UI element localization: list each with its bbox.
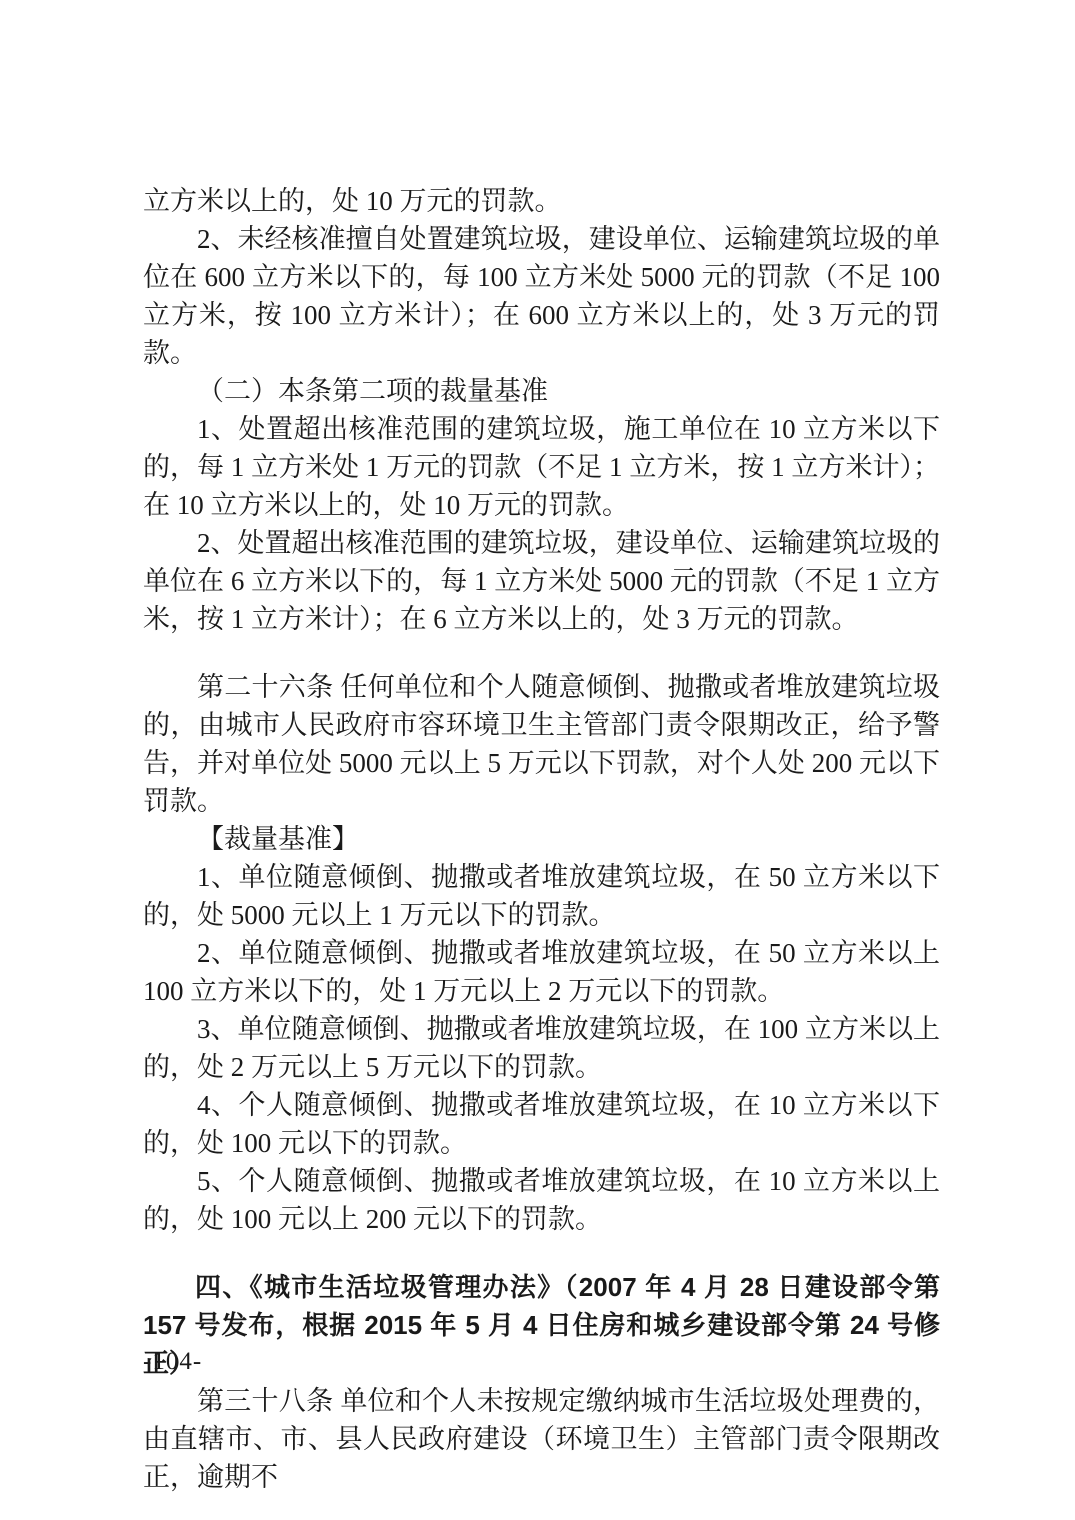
paragraph-article-38: 第三十八条 单位和个人未按规定缴纳城市生活垃圾处理费的，由直辖市、市、县人民政府… — [143, 1382, 940, 1496]
document-body: 立方米以上的，处 10 万元的罚款。 2、未经核准擅自处置建筑垃圾，建设单位、运… — [143, 182, 940, 1496]
page-number: -104- — [143, 1348, 202, 1376]
paragraph-item-3-unit-dumping: 3、单位随意倾倒、抛撒或者堆放建筑垃圾，在 100 立方米以上的，处 2 万元以… — [143, 1010, 940, 1086]
section-heading-measure-4: 四、《城市生活垃圾管理办法》（2007 年 4 月 28 日建设部令第 157 … — [143, 1268, 940, 1382]
paragraph-item-1-exceed-scope: 1、处置超出核准范围的建筑垃圾，施工单位在 10 立方米以下的，每 1 立方米处… — [143, 410, 940, 524]
paragraph-fine-continuation: 立方米以上的，处 10 万元的罚款。 — [143, 182, 940, 220]
paragraph-discretion-standard-label: 【裁量基准】 — [143, 820, 940, 858]
blank-line — [143, 638, 940, 668]
paragraph-article-26: 第二十六条 任何单位和个人随意倾倒、抛撒或者堆放建筑垃圾的，由城市人民政府市容环… — [143, 668, 940, 820]
paragraph-item-2-exceed-scope: 2、处置超出核准范围的建筑垃圾，建设单位、运输建筑垃圾的单位在 6 立方米以下的… — [143, 524, 940, 638]
paragraph-item-2-unit-dumping: 2、单位随意倾倒、抛撒或者堆放建筑垃圾，在 50 立方米以上 100 立方米以下… — [143, 934, 940, 1010]
blank-line — [143, 1238, 940, 1268]
paragraph-subsection-2-heading: （二）本条第二项的裁量基准 — [143, 372, 940, 410]
paragraph-item-4-individual-dumping: 4、个人随意倾倒、抛撒或者堆放建筑垃圾，在 10 立方米以下的，处 100 元以… — [143, 1086, 940, 1162]
paragraph-item-1-unit-dumping: 1、单位随意倾倒、抛撒或者堆放建筑垃圾，在 50 立方米以下的，处 5000 元… — [143, 858, 940, 934]
document-page: 立方米以上的，处 10 万元的罚款。 2、未经核准擅自处置建筑垃圾，建设单位、运… — [0, 0, 1075, 1520]
paragraph-item-2-unapproved-disposal: 2、未经核准擅自处置建筑垃圾，建设单位、运输建筑垃圾的单位在 600 立方米以下… — [143, 220, 940, 372]
paragraph-item-5-individual-dumping: 5、个人随意倾倒、抛撒或者堆放建筑垃圾，在 10 立方米以上的，处 100 元以… — [143, 1162, 940, 1238]
